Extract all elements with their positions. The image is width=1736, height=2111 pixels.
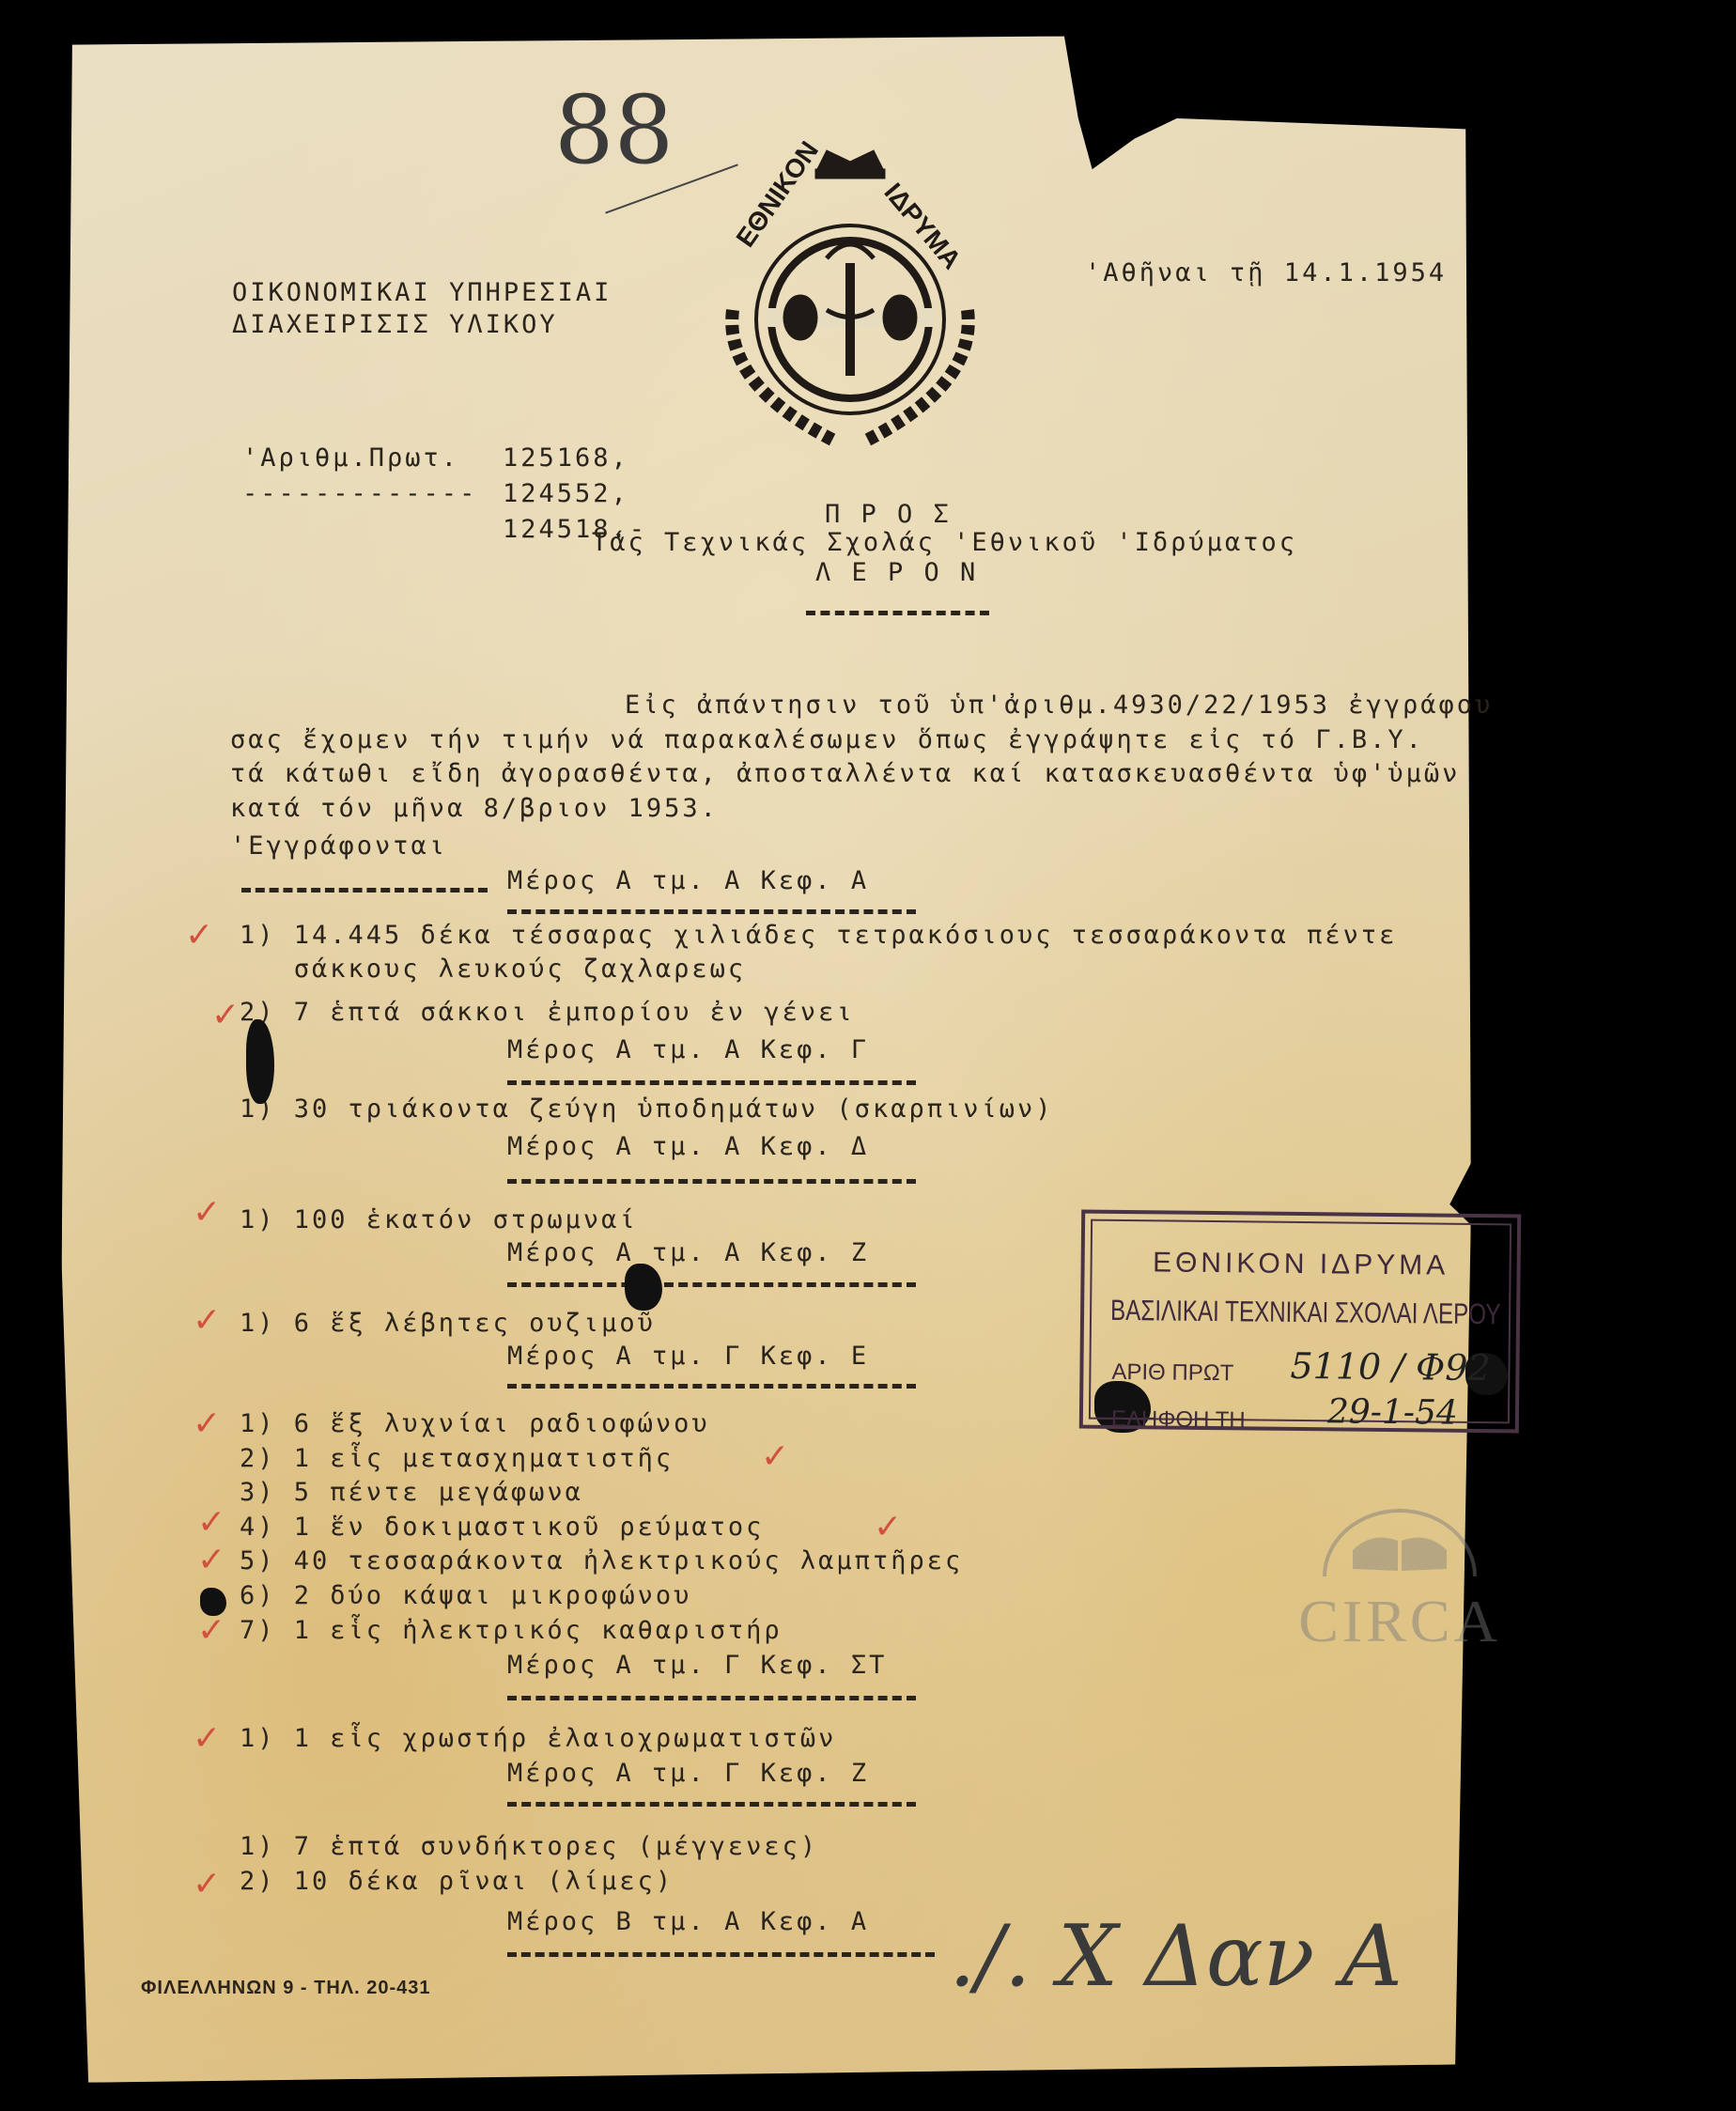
list-item: 1) 1 εἷς χρωστήρ ἐλαιοχρωματιστῶν xyxy=(240,1724,836,1753)
entries-intro: 'Εγγράφονται xyxy=(230,831,447,861)
section-underline xyxy=(507,1952,935,1957)
red-check-icon: ✓ xyxy=(185,916,213,955)
red-check-icon: ✓ xyxy=(197,1541,225,1579)
sender-line-2: ΔΙΑΧΕΙΡΙΣΙΣ ΥΛΙΚΟΥ xyxy=(232,310,558,339)
body-line-3: τά κάτωθι εἴδη ἀγορασθέντα, ἀποσταλλέντα… xyxy=(230,759,1460,788)
stamp-subtitle: ΒΑΣΙΛΙΚΑΙ ΤΕΧΝΙΚΑΙ ΣΧΟΛΑΙ ΛΕΡΟΥ xyxy=(1110,1294,1501,1331)
list-item: 1) 7 ἑπτά συνδήκτορες (μέγγενες) xyxy=(240,1832,818,1861)
stamp-protocol-label: ΑΡΙΘ ΠΡΩΤ xyxy=(1111,1359,1233,1387)
foundation-seal-logo: ΕΘΝΙΚΟΝ ΙΔΡΥΜΑ xyxy=(695,141,1005,460)
red-check-icon: ✓ xyxy=(193,1865,221,1903)
stamp-protocol-value: 5110 / Φ92 xyxy=(1290,1345,1491,1389)
list-item: 1) 14.445 δέκα τέσσαρας χιλιάδες τετρακό… xyxy=(240,921,1397,950)
section-heading: Μέρος Α τμ. Α Κεφ. Δ xyxy=(507,1132,869,1161)
list-item: σάκκους λευκούς ζαχλαρεως xyxy=(240,955,746,984)
body-line-4: κατά τόν μῆνα 8/βριον 1953. xyxy=(230,794,719,823)
list-item: 4) 1 ἕν δοκιμαστικοῦ ρεύματος xyxy=(240,1513,764,1542)
red-check-icon: ✓ xyxy=(193,1719,221,1758)
section-heading: Μέρος Α τμ. Α Κεφ. Ζ xyxy=(507,1238,869,1267)
paper-hole xyxy=(200,1588,226,1616)
red-check-icon: ✓ xyxy=(193,1301,221,1340)
section-underline xyxy=(507,1080,916,1085)
body-line-1: Εἰς ἀπάντησιν τοῦ ὑπ'ἀριθμ.4930/22/1953 … xyxy=(625,691,1493,720)
red-check-icon: ✓ xyxy=(193,1193,221,1232)
section-underline xyxy=(507,1282,916,1287)
section-heading: Μέρος Α τμ. Α Κεφ. Γ xyxy=(507,1035,869,1064)
recipient-pros: Π Ρ Ο Σ xyxy=(825,500,952,529)
section-heading: Μέρος Β τμ. Α Κεφ. Α xyxy=(507,1907,869,1936)
list-item: 7) 1 εἷς ἠλεκτρικός καθαριστήρ xyxy=(240,1616,783,1645)
section-underline xyxy=(507,1384,916,1389)
stamp-date-label: ΕΛΗΦΘΗ ΤΗ xyxy=(1111,1406,1246,1434)
red-check-icon: ✓ xyxy=(211,996,240,1034)
signature: ./. Χ Δαν Α xyxy=(949,1907,1403,2006)
list-item: 1) 6 ἕξ λέβητες ουζιμοῦ xyxy=(240,1309,656,1338)
sender-line-1: ΟΙΚΟΝΟΜΙΚΑΙ ΥΠΗΡΕΣΙΑΙ xyxy=(232,278,612,307)
list-item: 2) 7 ἑπτά σάκκοι ἐμπορίου ἐν γένει xyxy=(240,998,855,1027)
stamp-date-value: 29-1-54 xyxy=(1327,1392,1458,1432)
list-item: 3) 5 πέντε μεγάφωνα xyxy=(240,1478,583,1507)
section-heading: Μέρος Α τμ. Γ Κεφ. ΣΤ xyxy=(507,1651,887,1680)
section-lead-dashes xyxy=(241,888,488,893)
circa-watermark: CIRCA xyxy=(1278,1503,1522,1656)
protocol-label: 'Αριθμ.Πρωτ. xyxy=(242,443,459,473)
section-underline xyxy=(507,1696,916,1700)
list-item: 2) 10 δέκα ρῖναι (λίμες) xyxy=(240,1867,674,1896)
letterhead-address-footer: ΦΙΛΕΛΛΗΝΩΝ 9 - ΤΗΛ. 20-431 xyxy=(141,1978,431,1999)
recipient-line-2: Λ Ε Ρ Ο Ν xyxy=(815,558,978,587)
section-underline xyxy=(507,909,916,914)
section-underline xyxy=(507,1179,916,1184)
red-check-icon: ✓ xyxy=(874,1508,902,1546)
protocol-number-1: 125168, xyxy=(503,443,629,473)
list-item: 6) 2 δύο κάψαι μικροφώνου xyxy=(240,1581,691,1610)
red-check-icon: ✓ xyxy=(761,1437,789,1476)
recipient-underline xyxy=(806,611,989,615)
open-book-icon xyxy=(1315,1503,1484,1578)
section-heading: Μέρος Α τμ. Α Κεφ. Α xyxy=(507,866,869,895)
body-line-2: σας ἔχομεν τήν τιμήν νά παρακαλέσωμεν ὅπ… xyxy=(230,725,1424,754)
list-item: 1) 30 τριάκοντα ζεύγη ὑποδημάτων (σκαρπι… xyxy=(240,1094,1054,1124)
protocol-dashes: ------------- xyxy=(242,479,477,508)
paper-hole xyxy=(625,1264,662,1311)
section-heading: Μέρος Α τμ. Γ Κεφ. Ε xyxy=(507,1342,869,1371)
section-heading: Μέρος Α τμ. Γ Κεφ. Ζ xyxy=(507,1759,869,1788)
section-underline xyxy=(507,1802,916,1807)
red-check-icon: ✓ xyxy=(197,1611,225,1650)
received-stamp: ΕΘΝΙΚΟΝ ΙΔΡΥΜΑ ΒΑΣΙΛΙΚΑΙ ΤΕΧΝΙΚΑΙ ΣΧΟΛΑΙ… xyxy=(1079,1210,1521,1434)
red-check-icon: ✓ xyxy=(197,1503,225,1542)
recipient-line-1: Τάς Τεχνικάς Σχολάς 'Εθνικοῦ 'Ιδρύματος xyxy=(592,528,1297,557)
list-item: 1) 6 ἕξ λυχνίαι ραδιοφώνου xyxy=(240,1409,710,1438)
stamp-title: ΕΘΝΙΚΟΝ ΙΔΡΥΜΑ xyxy=(1084,1247,1516,1283)
list-item: 1) 100 ἑκατόν στρωμναί xyxy=(240,1205,638,1234)
list-item: 5) 40 τεσσαράκοντα ἠλεκτρικούς λαμπτῆρες xyxy=(240,1546,963,1575)
list-item: 2) 1 εἷς μετασχηματιστῆς xyxy=(240,1444,674,1473)
protocol-number-2: 124552, xyxy=(503,479,629,508)
place-date: 'Αθῆναι τῇ 14.1.1954 xyxy=(1085,258,1447,287)
red-check-icon: ✓ xyxy=(193,1405,221,1443)
handwritten-file-number: 88 xyxy=(554,75,674,185)
